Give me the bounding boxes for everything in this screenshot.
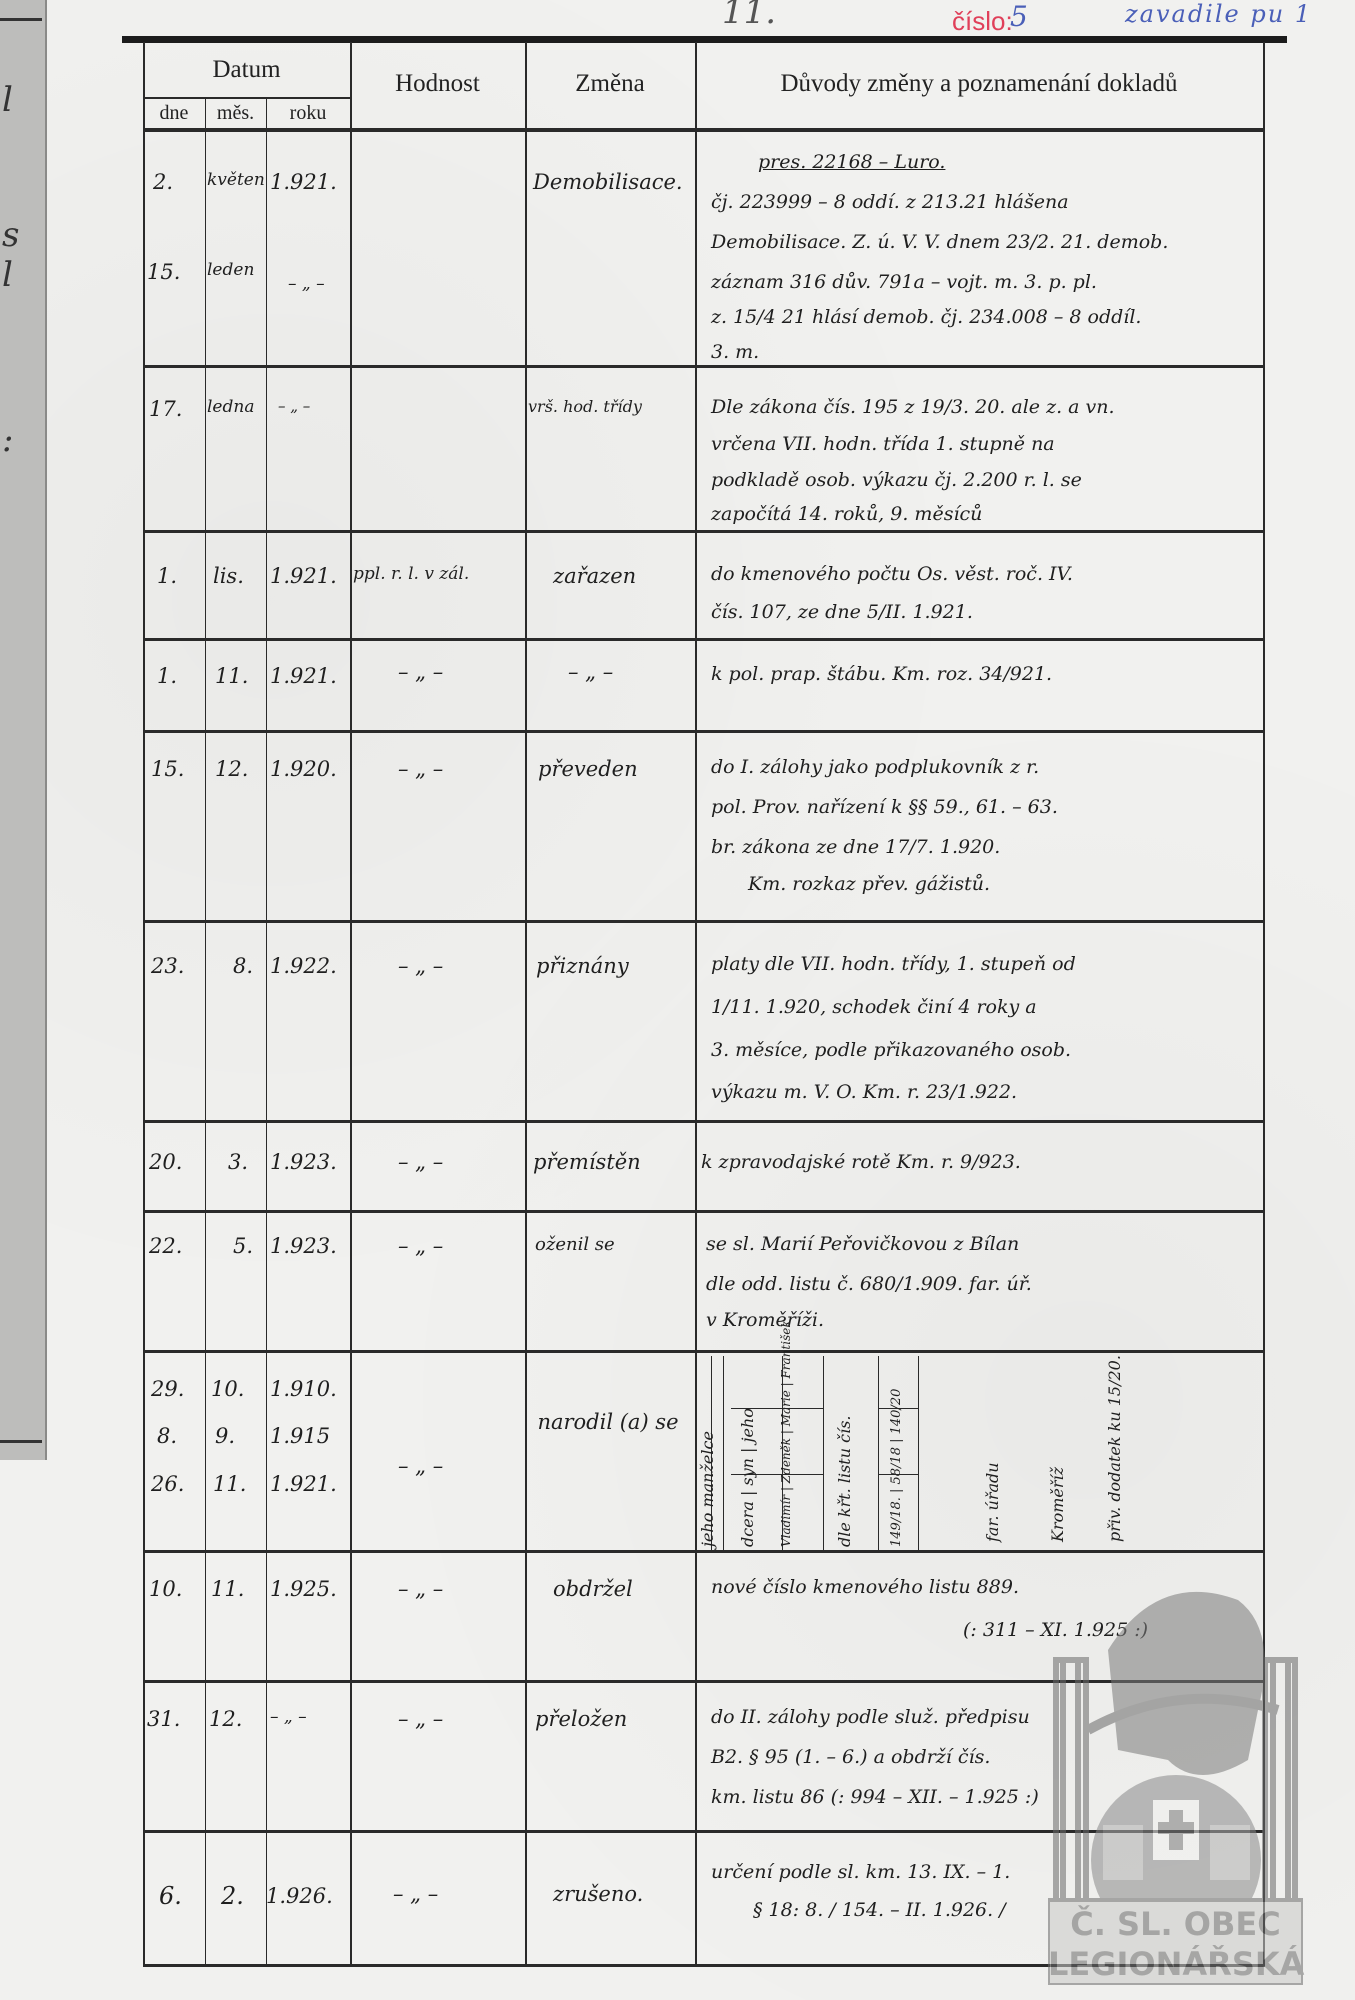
cell-mes: 9. xyxy=(215,1424,235,1448)
left-margin-strip: l s l : xyxy=(0,0,47,1460)
cislo-value: 5 xyxy=(1010,0,1028,33)
page-number: 11. xyxy=(722,0,776,32)
cell-mes: 11. xyxy=(213,1472,246,1496)
margin-rule xyxy=(0,1440,42,1443)
reason-vertical: jeho manželce xyxy=(698,1431,717,1547)
cislo-label: číslo: xyxy=(952,6,1013,37)
cell-mes: 11. xyxy=(211,1577,244,1601)
cell-hodnost: – „ – xyxy=(398,1150,443,1174)
row-divider xyxy=(143,530,1265,533)
cell-zmena: narodil (a) se xyxy=(533,1394,683,1450)
margin-rule xyxy=(0,18,42,21)
margin-mark: : xyxy=(2,420,40,460)
cell-mes: leden xyxy=(207,260,254,280)
column-divider xyxy=(525,42,527,1967)
reason-line: § 18: 8. / 154. – II. 1.926. / xyxy=(753,1890,1006,1930)
cell-mes: 5. xyxy=(233,1234,253,1258)
reason-line: určení podle sl. km. 13. IX. – 1. xyxy=(711,1852,1010,1892)
header-mes: měs. xyxy=(205,102,266,125)
cell-dne: 1. xyxy=(157,564,177,588)
cell-mes: květen xyxy=(207,170,265,190)
header-dne: dne xyxy=(143,102,205,125)
cell-dne: 15. xyxy=(147,260,180,284)
cell-dne: 10. xyxy=(149,1577,182,1601)
cell-roku: 1.915 xyxy=(270,1424,330,1448)
reason-line: záznam 316 dův. 791a – vojt. m. 3. p. pl… xyxy=(711,262,1097,302)
row-divider xyxy=(143,730,1265,733)
cell-mes: 3. xyxy=(228,1150,248,1174)
reason-line: 1/11. 1.920, schodek činí 4 roky a xyxy=(711,987,1037,1027)
cell-mes: 12. xyxy=(209,1707,242,1731)
reason-line: z. 15/4 21 hlásí demob. čj. 234.008 – 8 … xyxy=(711,297,1141,337)
cell-roku: – „ – xyxy=(278,397,310,415)
cell-roku: 1.921. xyxy=(270,170,337,194)
row-divider xyxy=(143,1120,1265,1123)
column-divider xyxy=(143,42,145,1967)
reason-line: Km. rozkaz přev. gážistů. xyxy=(748,864,990,904)
cell-hodnost: – „ – xyxy=(398,1454,443,1478)
reason-line: platy dle VII. hodn. třídy, 1. stupeň od xyxy=(711,944,1076,984)
reason-vertical: dle křt. listu čís. xyxy=(835,1416,854,1548)
cell-roku: 1.921. xyxy=(270,564,337,588)
cell-hodnost: – „ – xyxy=(398,954,443,978)
reason-line: se sl. Marií Peřovičkovou z Bílan xyxy=(706,1224,1019,1264)
reason-line: čís. 107, ze dne 5/II. 1.921. xyxy=(711,592,973,632)
cell-hodnost: – „ – xyxy=(398,757,443,781)
header-roku: roku xyxy=(266,102,350,125)
blue-pen-annotation: zavadile pu 1 xyxy=(1125,0,1312,28)
cell-dne: 29. xyxy=(151,1377,184,1401)
cell-hodnost: ppl. r. l. v zál. xyxy=(353,564,469,584)
reason-line: do I. zálohy jako podplukovník z r. xyxy=(711,747,1039,787)
cell-mes: 2. xyxy=(221,1882,244,1910)
margin-mark: l xyxy=(2,255,40,295)
column-divider xyxy=(350,42,352,1967)
reason-line: B2. § 95 (1. – 6.) a obdrží čís. xyxy=(711,1737,990,1777)
reason-line: 3. měsíce, podle přikazovaného osob. xyxy=(711,1030,1071,1070)
cell-mes: 10. xyxy=(211,1377,244,1401)
reason-line: k zpravodajské rotě Km. r. 9/923. xyxy=(701,1142,1021,1182)
cell-hodnost: – „ – xyxy=(398,660,443,684)
reason-line: pol. Prov. nařízení k §§ 59., 61. – 63. xyxy=(711,787,1058,827)
reason-line: k pol. prap. štábu. Km. roz. 34/921. xyxy=(711,654,1052,694)
reason-line: do kmenového počtu Os. věst. roč. IV. xyxy=(711,554,1073,594)
subgrid-line xyxy=(878,1356,879,1550)
cell-hodnost: – „ – xyxy=(393,1882,438,1906)
column-divider xyxy=(205,97,206,1967)
cell-hodnost: – „ – xyxy=(398,1234,443,1258)
cell-zmena: obdržel xyxy=(553,1577,633,1601)
row-divider xyxy=(143,1350,1265,1353)
row-divider xyxy=(143,1210,1265,1213)
cell-roku: 1.926. xyxy=(266,1884,333,1908)
cell-dne: 31. xyxy=(147,1707,180,1731)
reason-vertical: 149/18. | 58/18 | 140/20 xyxy=(889,1389,904,1547)
reason-line: výkazu m. V. O. Km. r. 23/1.922. xyxy=(711,1072,1017,1112)
header-bottom-rule xyxy=(143,128,1265,132)
reason-line: 3. m. xyxy=(711,332,759,372)
cell-mes: 12. xyxy=(215,757,248,781)
reason-line: nové číslo kmenového listu 889. xyxy=(711,1567,1019,1607)
cell-dne: 20. xyxy=(149,1150,182,1174)
cell-zmena: zařazen xyxy=(553,564,636,588)
subgrid-line xyxy=(918,1356,919,1550)
reason-vertical: dcera | syn | jeho xyxy=(738,1408,757,1547)
cell-zmena: zrušeno. xyxy=(553,1882,643,1906)
reason-line: km. listu 86 (: 994 – XII. – 1.925 :) xyxy=(711,1777,1039,1817)
subgrid-line xyxy=(723,1356,724,1550)
row-divider xyxy=(143,920,1265,923)
cell-dne: 6. xyxy=(159,1882,182,1910)
header-datum: Datum xyxy=(143,56,350,84)
cell-mes: 11. xyxy=(215,664,248,688)
cell-roku: 1.925. xyxy=(270,1577,337,1601)
cell-dne: 17. xyxy=(149,397,182,421)
header-hodnost: Hodnost xyxy=(350,70,525,98)
reason-line: dle odd. listu č. 680/1.909. far. úř. xyxy=(706,1264,1032,1304)
reason-vertical: far. úřadu xyxy=(983,1462,1002,1542)
reason-line: vrčena VII. hodn. třída 1. stupně na xyxy=(711,424,1055,464)
reason-line: Dle zákona čís. 195 z 19/3. 20. ale z. a… xyxy=(711,387,1115,427)
cell-zmena: přiznány xyxy=(536,954,629,978)
cell-roku: 1.921. xyxy=(270,1472,337,1496)
cell-roku: 1.922. xyxy=(270,954,337,978)
legion-stamp: Č. SL. OBEC LEGIONÁŘSKÁ xyxy=(1048,1560,1303,1985)
stamp-line-1: Č. SL. OBEC xyxy=(1048,1905,1303,1943)
cell-roku: 1.923. xyxy=(270,1234,337,1258)
row-divider xyxy=(143,638,1265,641)
cell-dne: 15. xyxy=(151,757,184,781)
cell-dne: 2. xyxy=(153,170,173,194)
cell-hodnost: – „ – xyxy=(398,1707,443,1731)
cell-dne: 1. xyxy=(157,664,177,688)
cell-roku: 1.910. xyxy=(270,1377,337,1401)
reason-line: Demobilisace. Z. ú. V. V. dnem 23/2. 21.… xyxy=(711,222,1168,262)
subgrid-line xyxy=(823,1356,824,1550)
reason-line: započítá 14. roků, 9. měsíců xyxy=(711,494,982,534)
reason-vertical: Kroměříž xyxy=(1048,1467,1067,1542)
row-divider xyxy=(143,1550,1265,1553)
cell-roku: 1.921. xyxy=(270,664,337,688)
header-duvody: Důvody změny a poznamenání dokladů xyxy=(695,70,1263,98)
cell-dne: 22. xyxy=(149,1234,182,1258)
cell-roku: – „ – xyxy=(270,1707,307,1727)
cell-roku: 1.920. xyxy=(270,757,337,781)
cell-mes: lis. xyxy=(213,564,244,588)
stamp-line-2: LEGIONÁŘSKÁ xyxy=(1048,1945,1303,1983)
cell-zmena: přemístěn xyxy=(533,1150,641,1174)
cell-zmena: – „ – xyxy=(568,660,613,684)
cell-hodnost: – „ – xyxy=(398,1577,443,1601)
reason-line: v Kroměříži. xyxy=(706,1300,824,1340)
cell-roku: – „ – xyxy=(288,274,325,294)
cell-dne: 8. xyxy=(157,1424,177,1448)
cell-zmena: Demobilisace. xyxy=(533,170,683,194)
cell-dne: 23. xyxy=(151,954,184,978)
row-divider xyxy=(143,365,1265,368)
cell-mes: 8. xyxy=(233,954,253,978)
reason-line: br. zákona ze dne 17/7. 1.920. xyxy=(711,827,1000,867)
reason-vertical: přiv. dodatek ku 15/20. xyxy=(1105,1355,1124,1542)
header-subrule xyxy=(143,97,350,99)
reason-line: pres. 22168 – Luro. xyxy=(758,142,945,182)
reason-line: čj. 223999 – 8 oddí. z 213.21 hlášena xyxy=(711,182,1069,222)
column-divider xyxy=(266,97,267,1967)
cell-zmena: převeden xyxy=(538,757,638,781)
cell-zmena: oženil se xyxy=(535,1234,615,1255)
cell-dne: 26. xyxy=(151,1472,184,1496)
cell-roku: 1.923. xyxy=(270,1150,337,1174)
margin-mark: s xyxy=(2,215,40,255)
cell-zmena: vrš. hod. třídy xyxy=(528,397,642,416)
margin-mark: l xyxy=(2,80,40,120)
reason-line: do II. zálohy podle služ. předpisu xyxy=(711,1697,1030,1737)
header-zmena: Změna xyxy=(525,70,695,98)
cell-zmena: přeložen xyxy=(535,1707,627,1731)
reason-vertical: Vladimír | Zdeněk | Marie | František xyxy=(779,1320,793,1547)
cell-mes: ledna xyxy=(207,397,254,417)
column-divider xyxy=(695,42,697,1967)
